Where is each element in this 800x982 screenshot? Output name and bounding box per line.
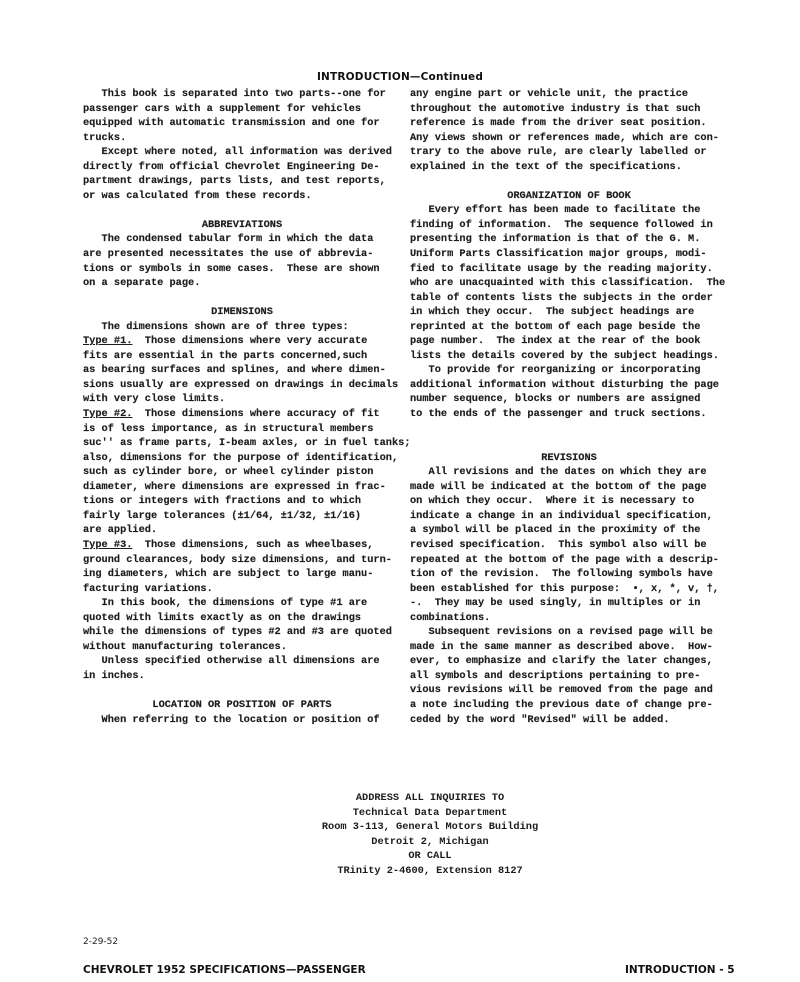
text-line: partment drawings, parts lists, and test… [83, 174, 401, 189]
text-line: fairly large tolerances (±1/64, ±1/32, ±… [83, 509, 401, 524]
revisions-section: REVISIONS All revisions and the dates on… [410, 451, 728, 727]
text-line: -. They may be used singly, in multiples… [410, 596, 728, 611]
type3-label: Type #3. [83, 539, 132, 551]
text-line: Except where noted, all information was … [83, 145, 401, 160]
text-line: quoted with limits exactly as on the dra… [83, 611, 401, 626]
text-line: fied to facilitate usage by the reading … [410, 262, 728, 277]
text-line: with very close limits. [83, 392, 401, 407]
text-line: indicate a change in an individual speci… [410, 509, 728, 524]
left-column: This book is separated into two parts--o… [83, 87, 401, 727]
text-line: all symbols and descriptions pertaining … [410, 669, 728, 684]
section-heading: ABBREVIATIONS [83, 218, 401, 233]
text-line: The condensed tabular form in which the … [83, 232, 401, 247]
text-line: To provide for reorganizing or incorpora… [410, 363, 728, 378]
type2-label: Type #2. [83, 408, 132, 420]
text-line: any engine part or vehicle unit, the pra… [410, 87, 728, 102]
text-line: trary to the above rule, are clearly lab… [410, 145, 728, 160]
text-line: as bearing surfaces and splines, and whe… [83, 363, 401, 378]
text-line: such as cylinder bore, or wheel cylinder… [83, 465, 401, 480]
text-line: or was calculated from these records. [83, 189, 401, 204]
text-line: are presented necessitates the use of ab… [83, 247, 401, 262]
dimensions-section: DIMENSIONS The dimensions shown are of t… [83, 305, 401, 683]
type3-line: Type #3. Those dimensions, such as wheel… [83, 538, 401, 553]
text-line: a note including the previous date of ch… [410, 698, 728, 713]
text-line: throughout the automotive industry is th… [410, 102, 728, 117]
text-line: repeated at the bottom of the page with … [410, 553, 728, 568]
except-paragraph: Except where noted, all information was … [83, 145, 401, 203]
text-fragment: Those dimensions where accuracy of fit [132, 408, 379, 420]
text-line: number sequence, blocks or numbers are a… [410, 392, 728, 407]
text-line: tions or symbols in some cases. These ar… [83, 262, 401, 277]
text-line: while the dimensions of types #2 and #3 … [83, 625, 401, 640]
text-line: lists the details covered by the subject… [410, 349, 728, 364]
text-line: passenger cars with a supplement for veh… [83, 102, 401, 117]
right-column: any engine part or vehicle unit, the pra… [410, 87, 728, 727]
text-line: In this book, the dimensions of type #1 … [83, 596, 401, 611]
text-line: When referring to the location or positi… [83, 713, 401, 728]
text-line: presenting the information is that of th… [410, 232, 728, 247]
text-line: a symbol will be placed in the proximity… [410, 523, 728, 538]
text-line: tion of the revision. The following symb… [410, 567, 728, 582]
address-line: Room 3-113, General Motors Building [300, 820, 560, 835]
page-header: INTRODUCTION—Continued [0, 71, 800, 83]
address-line: Detroit 2, Michigan [300, 835, 560, 850]
text-line: on a separate page. [83, 276, 401, 291]
text-line: revised specification. This symbol also … [410, 538, 728, 553]
text-line: reprinted at the bottom of each page bes… [410, 320, 728, 335]
text-line: made in the same manner as described abo… [410, 640, 728, 655]
text-line: additional information without disturbin… [410, 378, 728, 393]
text-line: ing diameters, which are subject to larg… [83, 567, 401, 582]
text-line: facturing variations. [83, 582, 401, 597]
text-line: This book is separated into two parts--o… [83, 87, 401, 102]
text-line: suc'' as frame parts, I-beam axles, or i… [83, 436, 401, 451]
text-line: equipped with automatic transmission and… [83, 116, 401, 131]
page-number: INTRODUCTION - 5 [625, 964, 735, 976]
address-block: ADDRESS ALL INQUIRIES TO Technical Data … [300, 791, 560, 878]
text-line: ever, to emphasize and clarify the later… [410, 654, 728, 669]
location-continued: any engine part or vehicle unit, the pra… [410, 87, 728, 174]
text-line: explained in the text of the specificati… [410, 160, 728, 175]
text-line: directly from official Chevrolet Enginee… [83, 160, 401, 175]
organization-section: ORGANIZATION OF BOOK Every effort has be… [410, 189, 728, 422]
section-heading: REVISIONS [410, 451, 728, 466]
revision-date: 2-29-52 [83, 937, 118, 947]
text-line: made will be indicated at the bottom of … [410, 480, 728, 495]
type1-line: Type #1. Those dimensions where very acc… [83, 334, 401, 349]
text-line: All revisions and the dates on which the… [410, 465, 728, 480]
text-line: on which they occur. Where it is necessa… [410, 494, 728, 509]
section-heading: LOCATION OR POSITION OF PARTS [83, 698, 401, 713]
text-line: combinations. [410, 611, 728, 626]
text-line: are applied. [83, 523, 401, 538]
text-line: who are unacquainted with this classific… [410, 276, 728, 291]
text-line: to the ends of the passenger and truck s… [410, 407, 728, 422]
text-line: Any views shown or references made, whic… [410, 131, 728, 146]
text-line: without manufacturing tolerances. [83, 640, 401, 655]
text-line: tions or integers with fractions and to … [83, 494, 401, 509]
address-line: ADDRESS ALL INQUIRIES TO [300, 791, 560, 806]
footer-title: CHEVROLET 1952 SPECIFICATIONS—PASSENGER [83, 964, 366, 976]
text-line: diameter, where dimensions are expressed… [83, 480, 401, 495]
text-line: fits are essential in the parts concerne… [83, 349, 401, 364]
text-line: Every effort has been made to facilitate… [410, 203, 728, 218]
text-line: finding of information. The sequence fol… [410, 218, 728, 233]
text-fragment: Those dimensions where very accurate [132, 335, 367, 347]
text-line: table of contents lists the subjects in … [410, 291, 728, 306]
text-line: page number. The index at the rear of th… [410, 334, 728, 349]
text-line: ground clearances, body size dimensions,… [83, 553, 401, 568]
location-section: LOCATION OR POSITION OF PARTS When refer… [83, 698, 401, 727]
text-line: sions usually are expressed on drawings … [83, 378, 401, 393]
text-line: is of less importance, as in structural … [83, 422, 401, 437]
address-line: Technical Data Department [300, 806, 560, 821]
text-fragment: Those dimensions, such as wheelbases, [132, 539, 373, 551]
section-heading: ORGANIZATION OF BOOK [410, 189, 728, 204]
text-line: in which they occur. The subject heading… [410, 305, 728, 320]
text-line: Unless specified otherwise all dimension… [83, 654, 401, 669]
section-heading: DIMENSIONS [83, 305, 401, 320]
text-line: ceded by the word "Revised" will be adde… [410, 713, 728, 728]
abbreviations-section: ABBREVIATIONS The condensed tabular form… [83, 218, 401, 291]
text-line: reference is made from the driver seat p… [410, 116, 728, 131]
text-line: The dimensions shown are of three types: [83, 320, 401, 335]
address-line: TRinity 2-4600, Extension 8127 [300, 864, 560, 879]
type2-line: Type #2. Those dimensions where accuracy… [83, 407, 401, 422]
text-line: also, dimensions for the purpose of iden… [83, 451, 401, 466]
text-line: Uniform Parts Classification major group… [410, 247, 728, 262]
text-line: trucks. [83, 131, 401, 146]
text-line: been established for this purpose: •, x,… [410, 582, 728, 597]
text-line: in inches. [83, 669, 401, 684]
intro-paragraph: This book is separated into two parts--o… [83, 87, 401, 145]
text-line: vious revisions will be removed from the… [410, 683, 728, 698]
text-line: Subsequent revisions on a revised page w… [410, 625, 728, 640]
address-line: OR CALL [300, 849, 560, 864]
type1-label: Type #1. [83, 335, 132, 347]
